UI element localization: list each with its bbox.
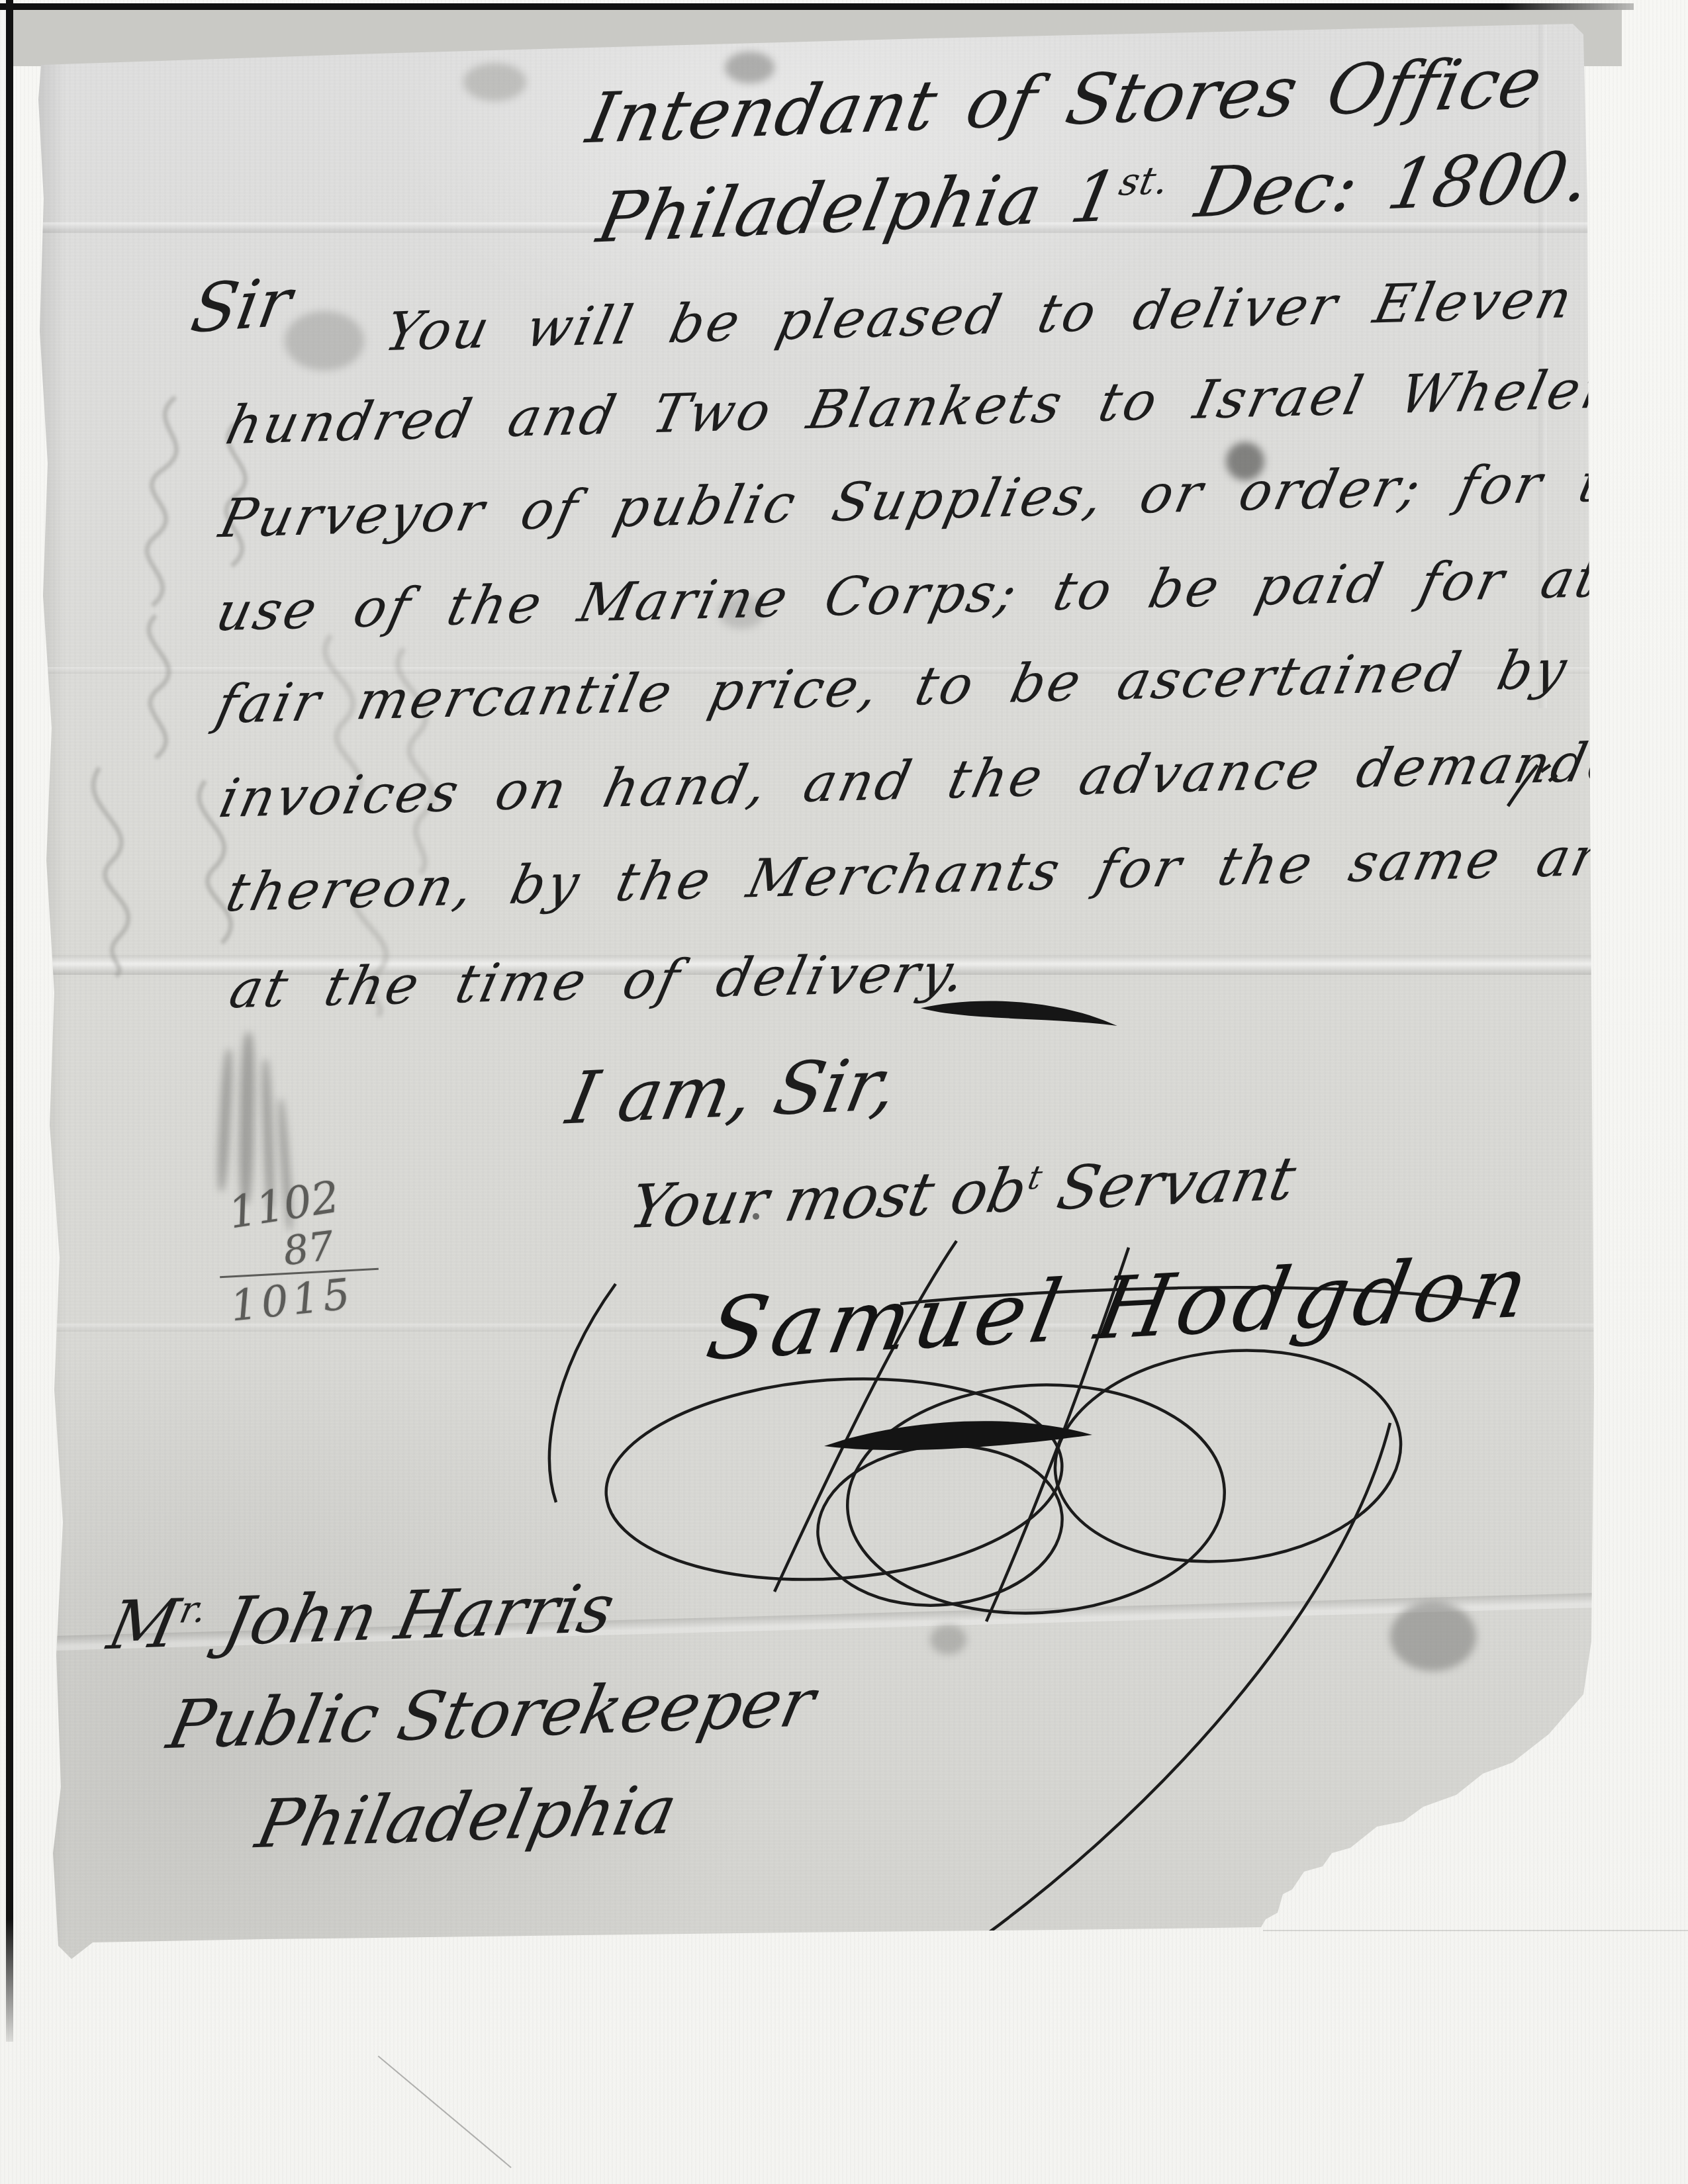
body-line: Purveyor of public Supplies, or order; f…: [220, 450, 1675, 549]
stain: [285, 311, 364, 371]
scratch-hairline: [378, 2056, 512, 2168]
letter-paper: Intendant of Stores Office Philadelphia …: [0, 0, 1688, 2184]
demanded-flourish-mark: [1501, 760, 1561, 819]
scan-border-left: [6, 0, 13, 2042]
ink-dash-flourish: [917, 985, 1126, 1052]
pencil-subtrahend: 87: [281, 1223, 336, 1275]
pencil-smudge: [238, 1032, 256, 1205]
letterhead-dateline: Philadelphia 1st. Dec: 1800.: [598, 136, 1591, 258]
body-line: You will be pleased to deliver Eleven: [385, 268, 1573, 363]
scan-artifact-line: [1263, 1930, 1688, 1931]
ink-speck: [491, 1958, 496, 1963]
dateline-date: Dec: 1800.: [1157, 136, 1598, 235]
body-line: use of the Marine Corps; to be paid for …: [217, 545, 1672, 643]
stain: [463, 63, 526, 101]
closing-line: I am, Sir,: [567, 1044, 898, 1140]
scan-border-top: [0, 3, 1634, 10]
letterhead-office-text: Intendant of Stores Office: [581, 41, 1550, 159]
dateline-place: Philadelphia 1: [591, 156, 1126, 259]
address-city: Philadelphia: [257, 1771, 677, 1863]
pencil-difference: 1015: [228, 1269, 357, 1331]
salutation: Sir: [190, 263, 293, 347]
pencil-smudge: [216, 1049, 234, 1192]
body-line: hundred and Two Blankets to Israel Whele…: [227, 358, 1620, 456]
scanned-letter-page: Intendant of Stores Office Philadelphia …: [0, 0, 1688, 2184]
paper-deckle-shadow: [19, 60, 65, 1946]
